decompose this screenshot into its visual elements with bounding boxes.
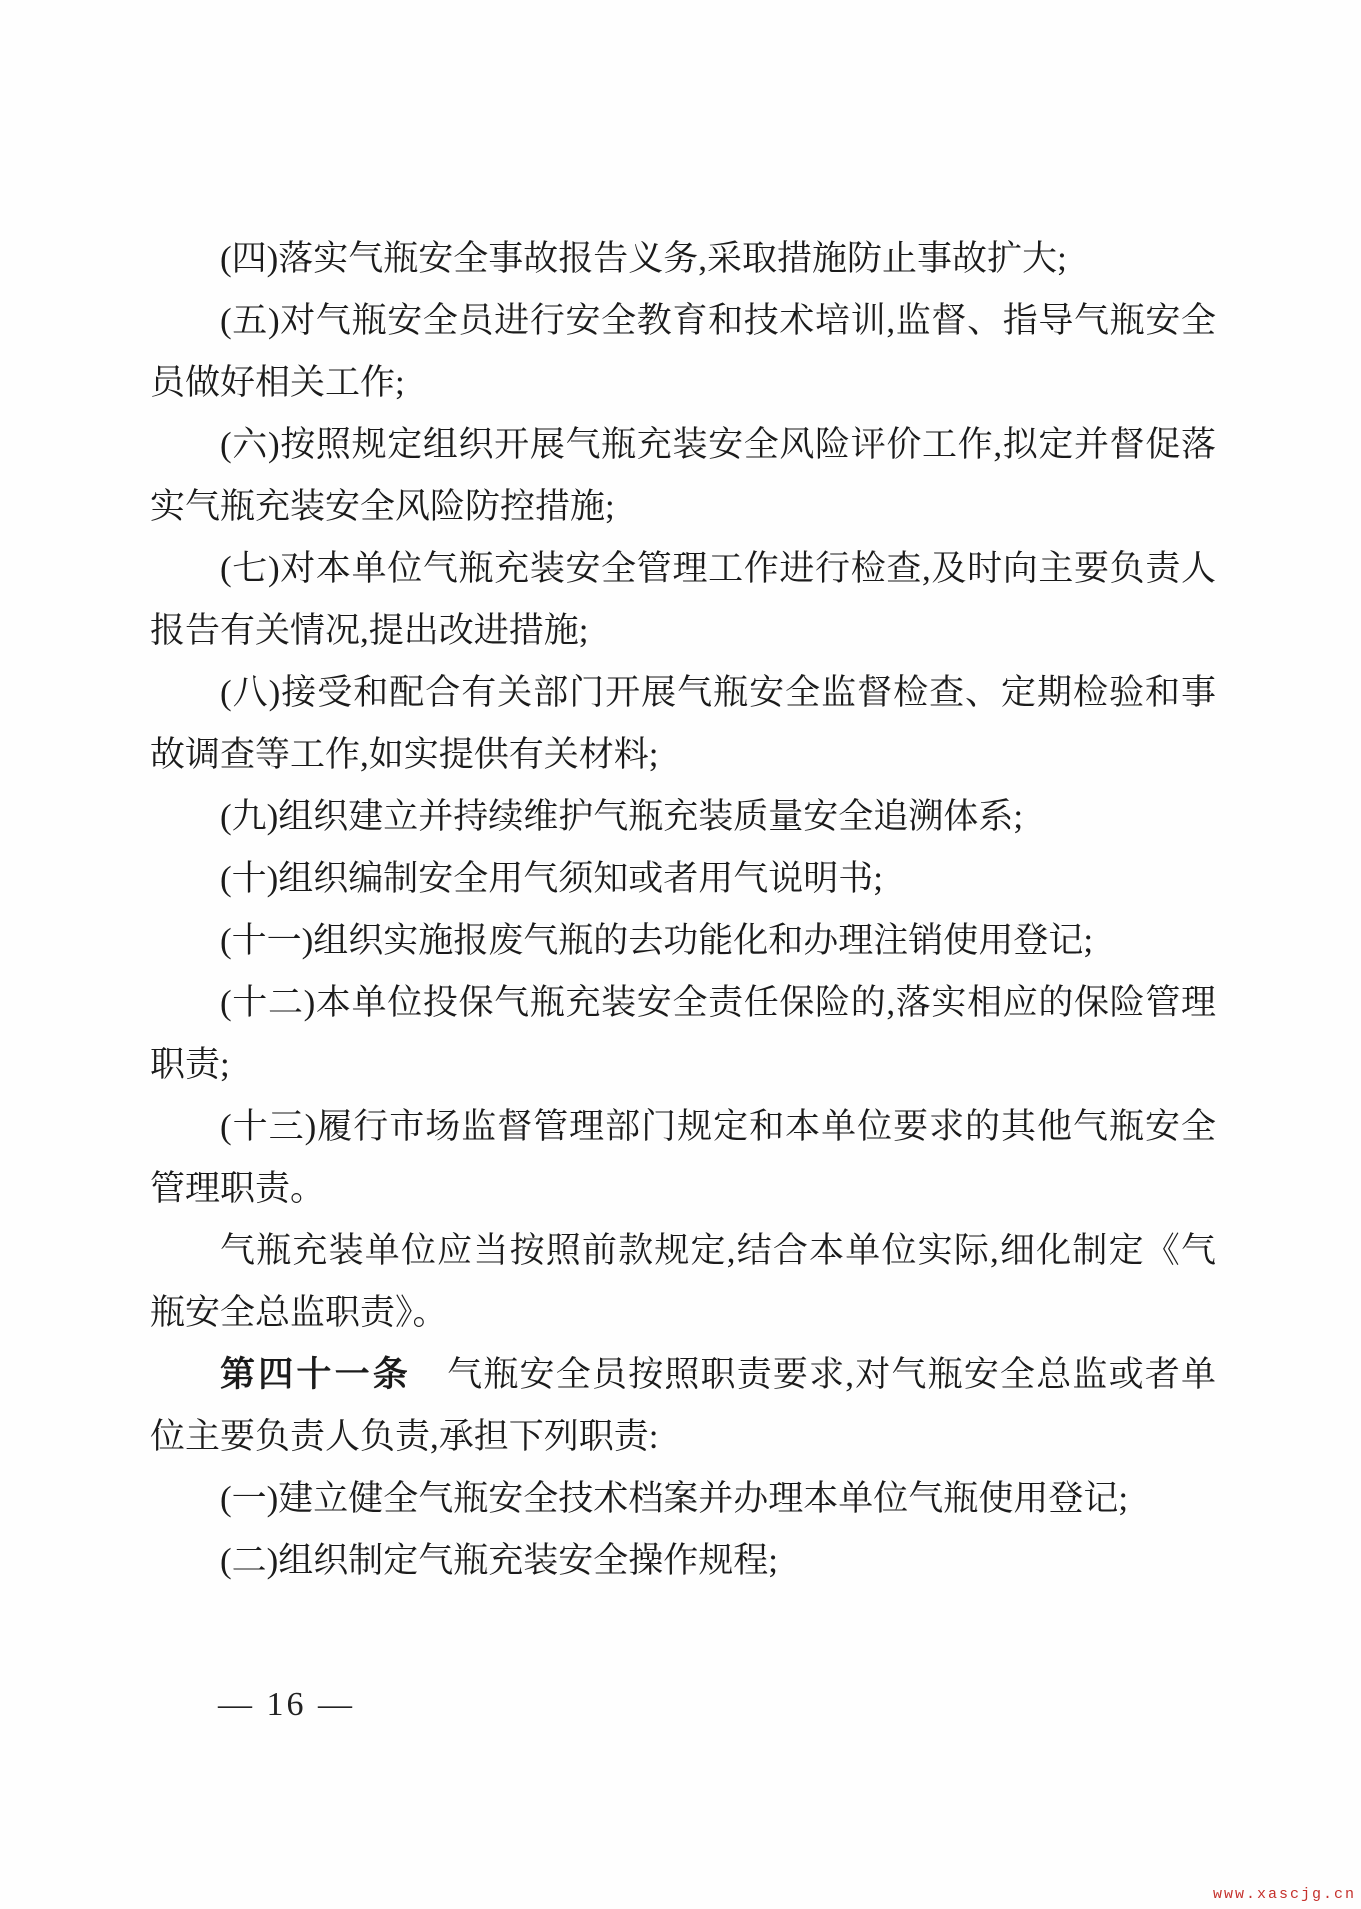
paragraph: (四)落实气瓶安全事故报告义务,采取措施防止事故扩大; [150,228,1216,290]
text-block: (四)落实气瓶安全事故报告义务,采取措施防止事故扩大;(五)对气瓶安全员进行安全… [150,228,1216,1592]
paragraph: (七)对本单位气瓶充装安全管理工作进行检查,及时向主要负责人报告有关情况,提出改… [150,538,1216,662]
paragraph: (十)组织编制安全用气须知或者用气说明书; [150,848,1216,910]
article-number: 第四十一条 [220,1355,411,1394]
paragraph: (九)组织建立并持续维护气瓶充装质量安全追溯体系; [150,786,1216,848]
paragraph: (五)对气瓶安全员进行安全教育和技术培训,监督、指导气瓶安全员做好相关工作; [150,290,1216,414]
document-page: (四)落实气瓶安全事故报告义务,采取措施防止事故扩大;(五)对气瓶安全员进行安全… [0,0,1361,1909]
paragraph: (十一)组织实施报废气瓶的去功能化和办理注销使用登记; [150,910,1216,972]
paragraph: (一)建立健全气瓶安全技术档案并办理本单位气瓶使用登记; [150,1468,1216,1530]
paragraph: (二)组织制定气瓶充装安全操作规程; [150,1530,1216,1592]
article-paragraph: 第四十一条 气瓶安全员按照职责要求,对气瓶安全总监或者单位主要负责人负责,承担下… [150,1344,1216,1468]
paragraph: (十三)履行市场监督管理部门规定和本单位要求的其他气瓶安全管理职责。 [150,1096,1216,1220]
paragraph: 气瓶充装单位应当按照前款规定,结合本单位实际,细化制定《气瓶安全总监职责》。 [150,1220,1216,1344]
watermark-url: www.xascjg.cn [1213,1886,1356,1903]
paragraph: (六)按照规定组织开展气瓶充装安全风险评价工作,拟定并督促落实气瓶充装安全风险防… [150,414,1216,538]
page-number: — 16 — [218,1686,355,1724]
paragraph: (八)接受和配合有关部门开展气瓶安全监督检查、定期检验和事故调查等工作,如实提供… [150,662,1216,786]
paragraph: (十二)本单位投保气瓶充装安全责任保险的,落实相应的保险管理职责; [150,972,1216,1096]
